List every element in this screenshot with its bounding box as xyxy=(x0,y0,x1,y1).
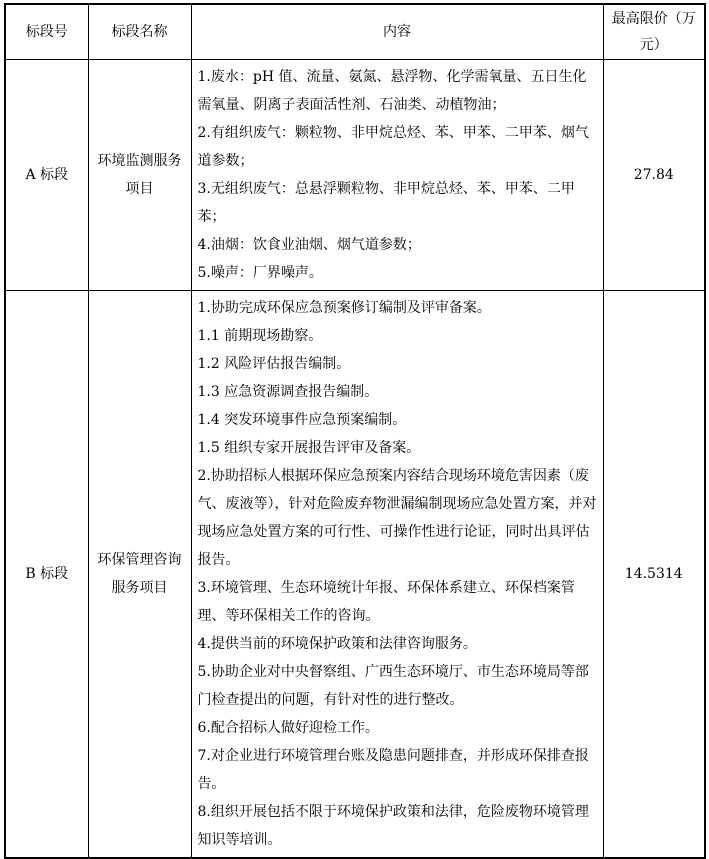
header-content: 内容 xyxy=(191,4,603,60)
content-item: 5.噪声：厂界噪声。 xyxy=(198,259,598,287)
content-item: 2.有组织废气：颗粒物、非甲烷总烃、苯、甲苯、二甲苯、烟气道参数； xyxy=(198,119,598,175)
content-item: 1.1 前期现场勘察。 xyxy=(198,322,598,350)
section-a-price-cell: 27.84 xyxy=(603,60,705,291)
content-item: 3.无组织废气：总悬浮颗粒物、非甲烷总烃、苯、甲苯、二甲苯； xyxy=(198,175,598,231)
bid-sections-table: 标段号 标段名称 内容 最高限价（万元） A 标段 环境监测服务项目 1.废水：… xyxy=(4,3,706,859)
content-item: 4.油烟：饮食业油烟、烟气道参数； xyxy=(198,231,598,259)
content-item: 1.协助完成环保应急预案修订编制及评审备案。 xyxy=(198,294,598,322)
content-item: 8.组织开展包括不限于环境保护政策和法律，危险废物环境管理知识等培训。 xyxy=(198,798,598,854)
section-a-name-cell: 环境监测服务项目 xyxy=(88,60,191,291)
content-item: 6.配合招标人做好迎检工作。 xyxy=(198,714,598,742)
content-item: 4.提供当前的环境保护政策和法律咨询服务。 xyxy=(198,630,598,658)
content-item: 1.3 应急资源调查报告编制。 xyxy=(198,378,598,406)
content-item: 3.环境管理、生态环境统计年报、环保体系建立、环保档案管理、等环保相关工作的咨询… xyxy=(198,574,598,630)
content-item: 1.5 组织专家开展报告评审及备案。 xyxy=(198,434,598,462)
content-item: 1.废水：pH 值、流量、氨氮、悬浮物、化学需氧量、五日生化需氧量、阴离子表面活… xyxy=(198,63,598,119)
content-item: 1.2 风险评估报告编制。 xyxy=(198,350,598,378)
section-a-id-cell: A 标段 xyxy=(5,60,88,291)
content-item: 2.协助招标人根据环保应急预案内容结合现场环境危害因素（废气、废液等），针对危险… xyxy=(198,462,598,574)
header-section-name: 标段名称 xyxy=(88,4,191,60)
table-row-section-b: B 标段 环保管理咨询服务项目 1.协助完成环保应急预案修订编制及评审备案。 1… xyxy=(5,291,705,859)
section-b-name-cell: 环保管理咨询服务项目 xyxy=(88,291,191,859)
section-a-content-cell: 1.废水：pH 值、流量、氨氮、悬浮物、化学需氧量、五日生化需氧量、阴离子表面活… xyxy=(191,60,603,291)
header-section-no: 标段号 xyxy=(5,4,88,60)
header-max-price: 最高限价（万元） xyxy=(603,4,705,60)
header-row: 标段号 标段名称 内容 最高限价（万元） xyxy=(5,4,705,60)
document-page: 标段号 标段名称 内容 最高限价（万元） A 标段 环境监测服务项目 1.废水：… xyxy=(0,0,709,833)
content-item: 7.对企业进行环境管理台账及隐患问题排查，并形成环保排查报告。 xyxy=(198,742,598,798)
section-b-content-cell: 1.协助完成环保应急预案修订编制及评审备案。 1.1 前期现场勘察。 1.2 风… xyxy=(191,291,603,859)
section-b-id-cell: B 标段 xyxy=(5,291,88,859)
content-item: 5.协助企业对中央督察组、广西生态环境厅、市生态环境局等部门检查提出的问题，有针… xyxy=(198,658,598,714)
section-b-price-cell: 14.5314 xyxy=(603,291,705,859)
content-item: 1.4 突发环境事件应急预案编制。 xyxy=(198,406,598,434)
table-row-section-a: A 标段 环境监测服务项目 1.废水：pH 值、流量、氨氮、悬浮物、化学需氧量、… xyxy=(5,60,705,291)
